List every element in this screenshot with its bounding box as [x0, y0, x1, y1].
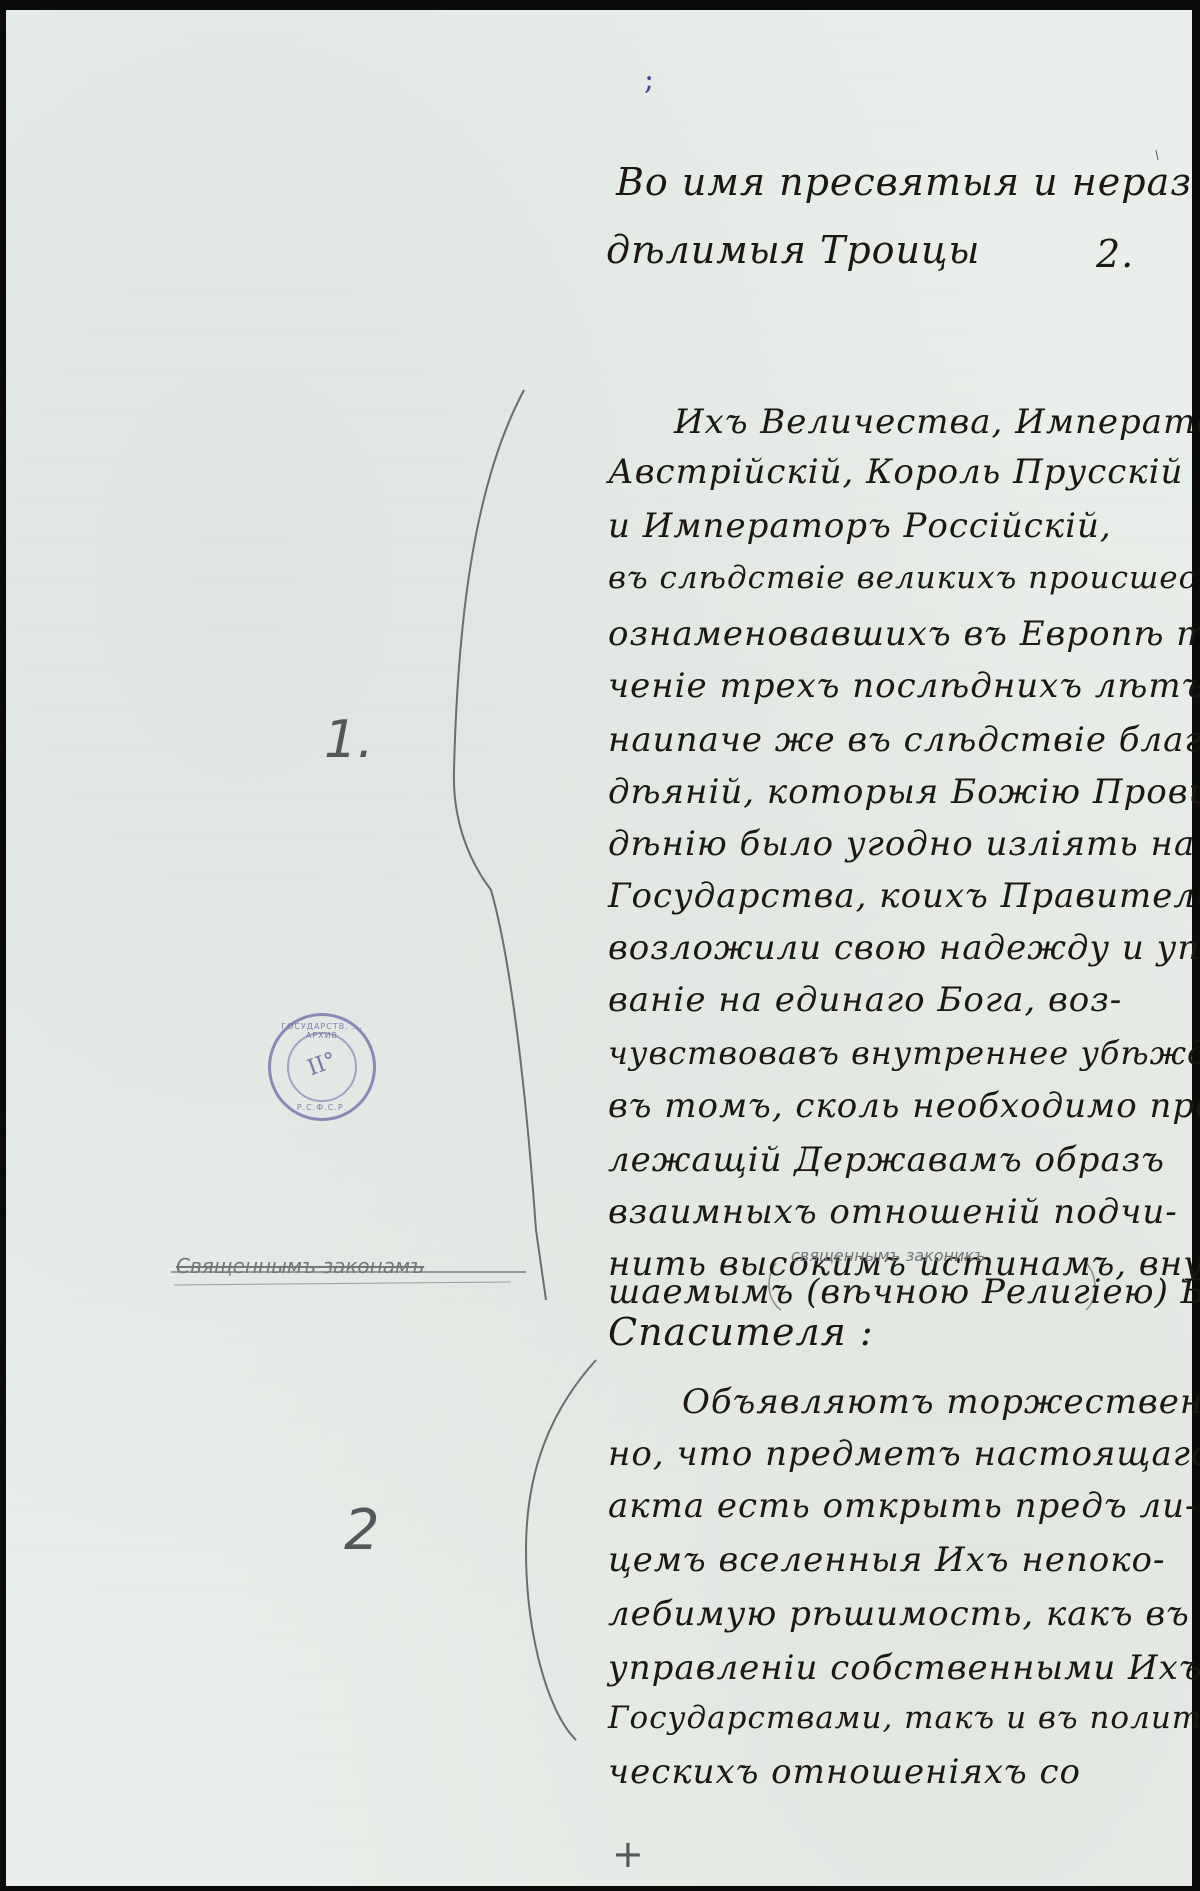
margin-number-2: 2: [344, 1498, 380, 1563]
stamp-ring-bottom: Р.С.Ф.С.Р.: [271, 1103, 373, 1112]
text-line: ченіе трехъ послѣднихъ лѣтъ,: [608, 666, 1200, 706]
margin-number-1: 1.: [324, 710, 374, 770]
text-line: Спасителя :: [608, 1310, 874, 1354]
manuscript-page: ; Во имя пресвятыя и нераз дѣлимыя Троиц…: [6, 10, 1192, 1886]
page-number: 2.: [1096, 232, 1134, 276]
text-line: возложили свою надежду и упо-: [608, 928, 1200, 968]
text-line: лебимую рѣшимость, какъ въ: [608, 1594, 1190, 1634]
text-line: цемъ вселенныя Ихъ непоко-: [608, 1540, 1165, 1580]
text-line: чувствовавъ внутреннее убѣжденіе: [608, 1034, 1200, 1072]
heading-line-2: дѣлимыя Троицы: [606, 228, 980, 272]
text-line: дѣнію было угодно изліять на: [608, 824, 1195, 864]
text-line: въ слѣдствіе великихъ происшествій,: [608, 560, 1200, 596]
text-line: Объявляютъ торжествен-: [682, 1382, 1200, 1422]
text-line: наипаче же въ слѣдствіе благо-: [608, 720, 1200, 760]
margin-struck-note: Священнымъ законамъ: [176, 1254, 424, 1278]
text-line: ознаменовавшихъ въ Европѣ те-: [608, 614, 1200, 654]
text-line: дѣяній, которыя Божію Прови-: [608, 772, 1200, 812]
text-line: лежащій Державамъ образъ: [608, 1140, 1165, 1180]
stamp-center: II°: [270, 1035, 374, 1093]
interlinear-correction: священнымъ законикъ: [791, 1246, 985, 1265]
text-line: управленіи собственными Ихъ: [608, 1648, 1200, 1688]
archive-stamp: ГОСУДАРСТВ. ... АРХИВ II° Р.С.Ф.С.Р.: [268, 1013, 376, 1121]
text-line: но, что предметъ настоящаго: [608, 1434, 1200, 1474]
text-line: ваніе на единаго Бога, воз-: [608, 980, 1122, 1020]
text-line: Государства, коихъ Правительства: [608, 876, 1200, 916]
text-line: акта есть открыть предъ ли-: [608, 1486, 1197, 1526]
text-line: въ томъ, сколь необходимо пре-: [608, 1086, 1200, 1126]
text-line: Австрійскій, Король Прусскій: [608, 452, 1183, 492]
bottom-cross-mark: +: [612, 1832, 644, 1876]
text-line: Государствами, такъ и въ полити-: [608, 1700, 1200, 1736]
text-line: ческихъ отношеніяхъ со: [608, 1752, 1081, 1792]
top-mark: ;: [644, 62, 655, 97]
text-line: и Императоръ Россійскій,: [608, 506, 1112, 546]
text-line: взаимныхъ отношеній подчи-: [608, 1192, 1178, 1232]
text-line: Ихъ Величества, Императоръ: [674, 402, 1200, 442]
heading-line-1: Во имя пресвятыя и нераз: [616, 160, 1192, 204]
text-line-with-deletion: шаемымъ (вѣчною Религіею) Бога: [608, 1272, 1200, 1312]
